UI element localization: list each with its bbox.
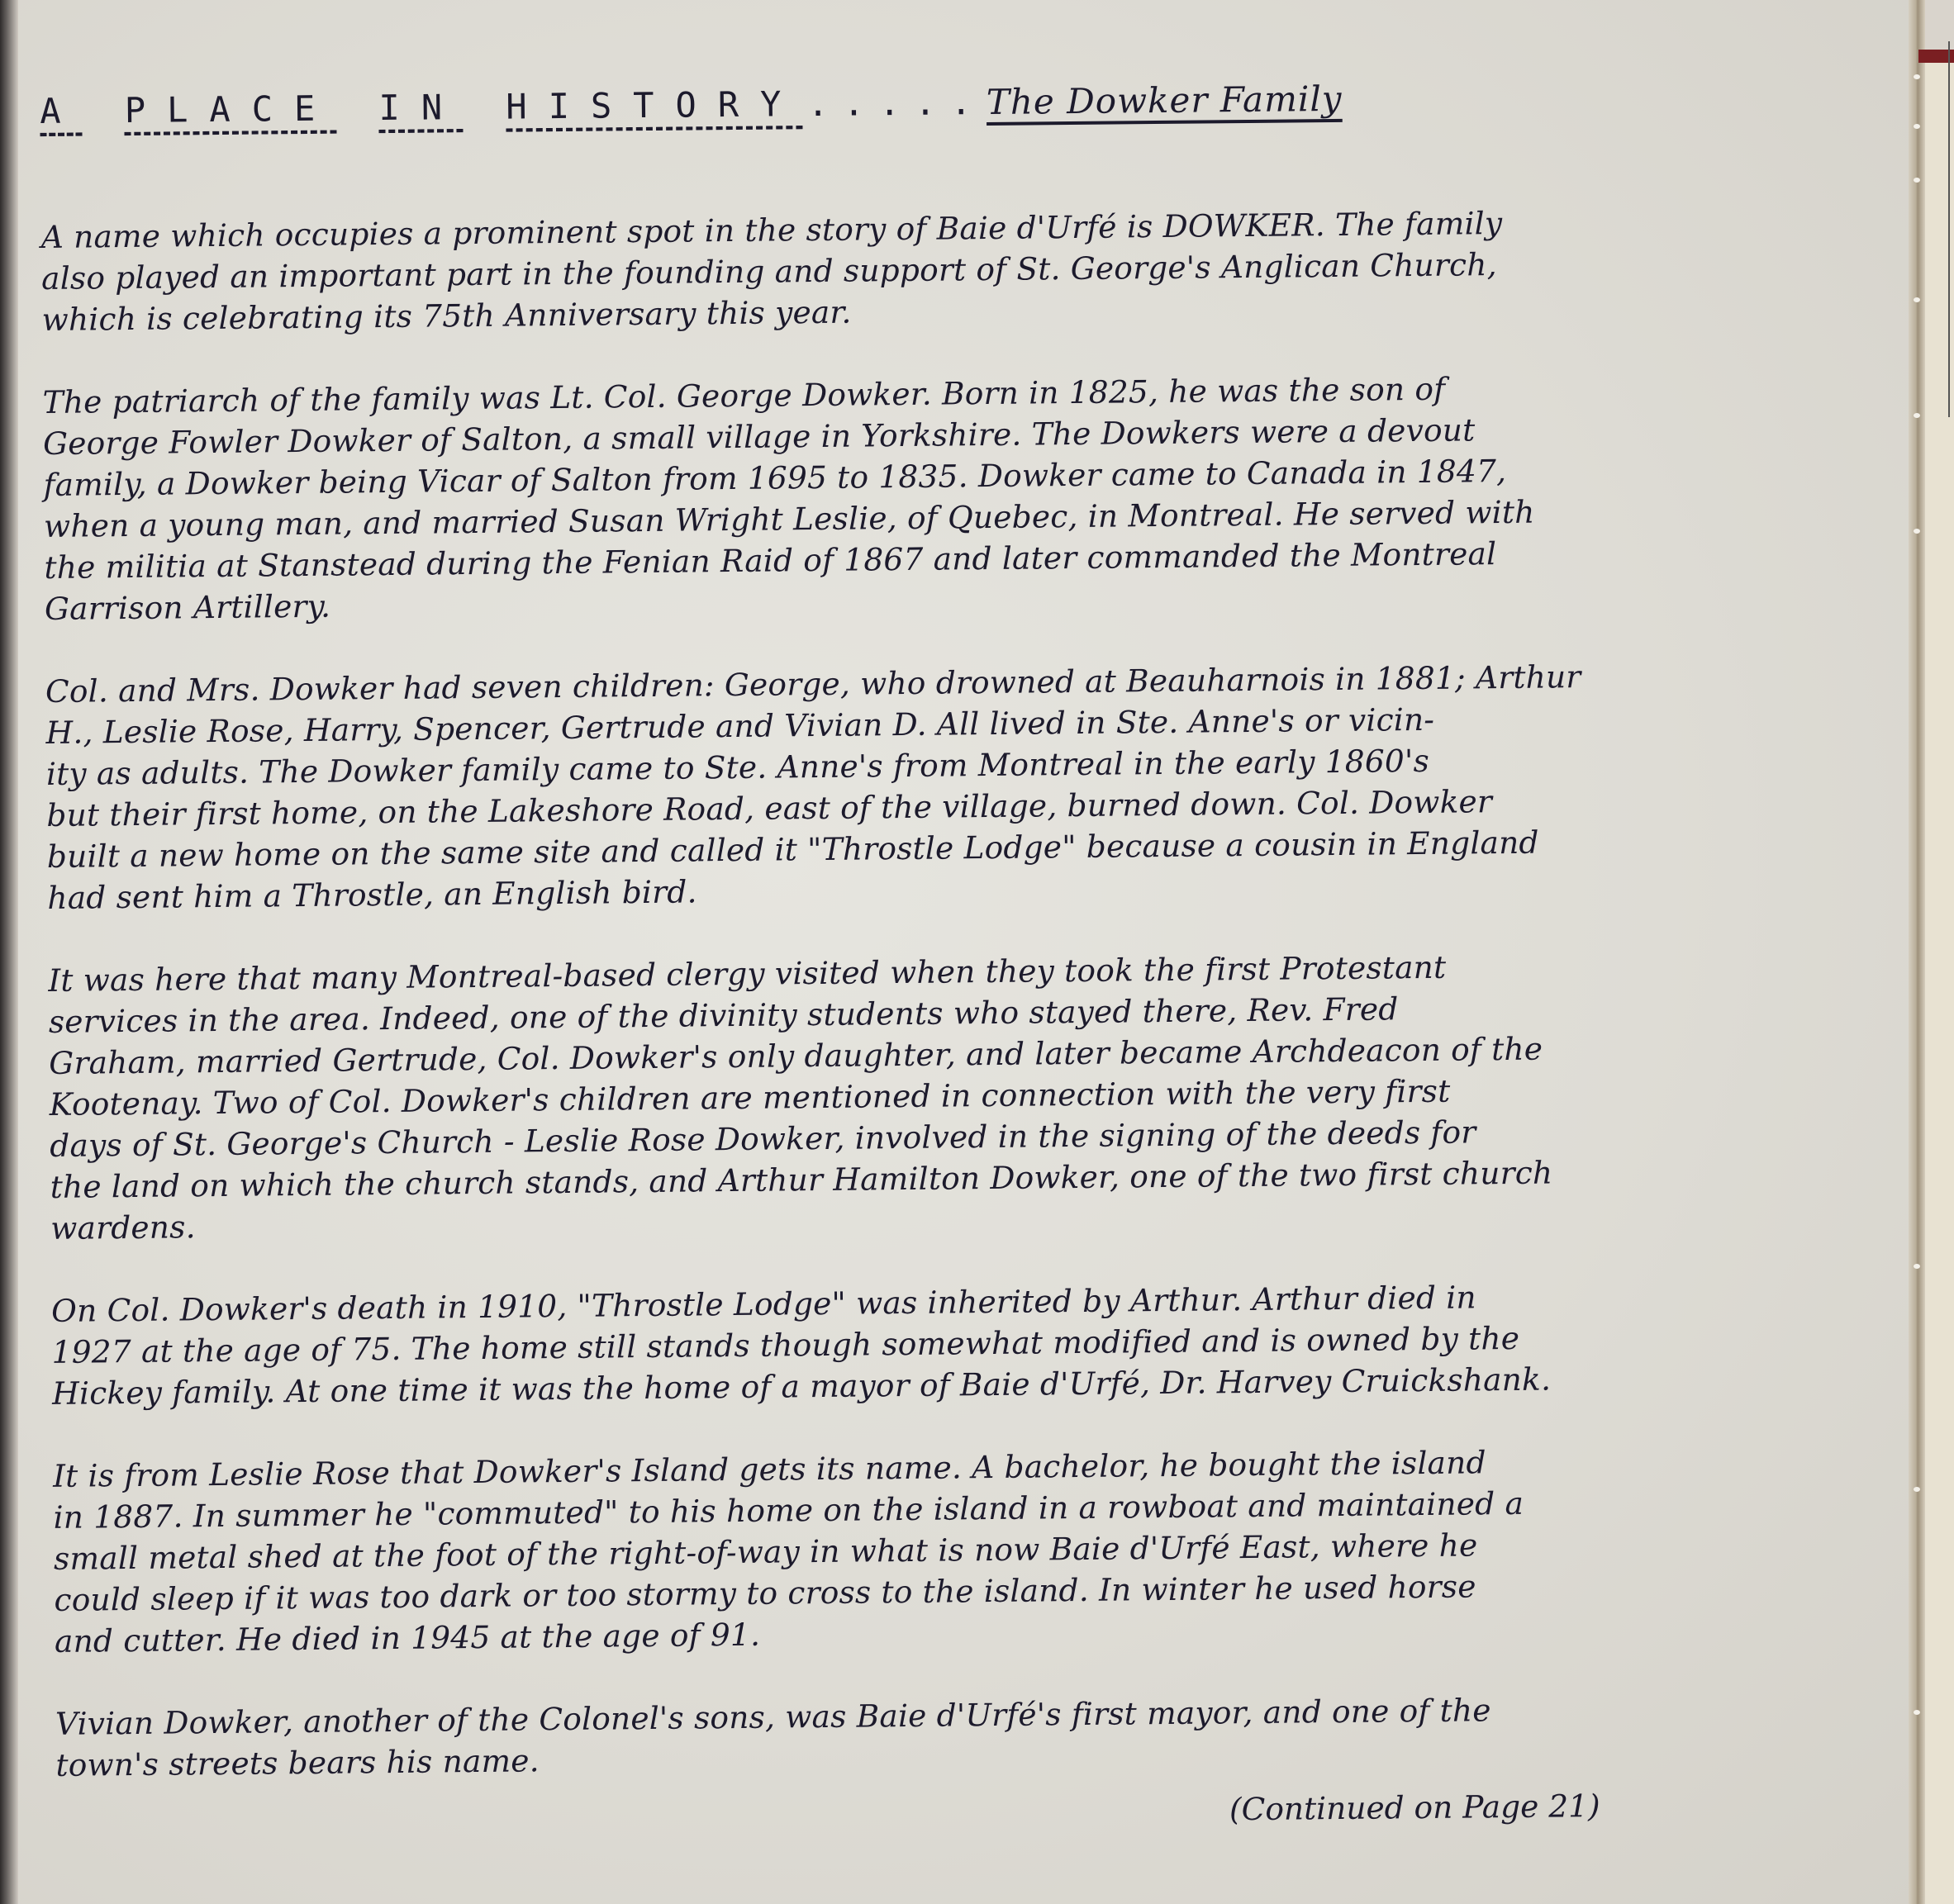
paragraph: Vivian Dowker, another of the Colonel's …	[55, 1685, 1907, 1785]
title-word: A	[40, 91, 83, 131]
binding-stitch	[1914, 124, 1920, 129]
article: A PLACE IN HISTORY ..... The Dowker Fami…	[40, 73, 1907, 1838]
paragraph: The patriarch of the family was Lt. Col.…	[42, 363, 1895, 629]
continued-note: (Continued on Page 21)	[1229, 1784, 1907, 1827]
binding-stitch	[1914, 1487, 1920, 1492]
binding-stitch	[1914, 178, 1920, 183]
title-leader-dots: .....	[807, 82, 987, 124]
paragraph: On Col. Dowker's death in 1910, "Throstl…	[51, 1272, 1903, 1413]
facing-page-text: Mr ne Te th me th be fo Re ar Ur us th t…	[1940, 727, 1954, 1341]
book-edge	[0, 0, 18, 1904]
article-subtitle: The Dowker Family	[987, 78, 1343, 122]
title-word: PLACE	[125, 88, 337, 131]
facing-page-text: C	[1940, 1636, 1954, 1695]
binding-stitch	[1914, 74, 1920, 79]
paragraph: It is from Leslie Rose that Dowker's Isl…	[53, 1437, 1905, 1661]
binding-stitch	[1914, 413, 1920, 418]
facing-page-box	[1948, 41, 1954, 417]
binding-stitch	[1914, 297, 1920, 302]
paragraph: It was here that many Montreal-based cle…	[48, 942, 1901, 1248]
title-word: IN	[378, 87, 464, 128]
binding-stitch	[1914, 1710, 1920, 1715]
paragraph: A name which occupies a prominent spot i…	[40, 198, 1892, 339]
title-main: A PLACE IN HISTORY	[40, 83, 803, 131]
title-word: HISTORY	[506, 83, 802, 126]
paragraph: Col. and Mrs. Dowker had seven children:…	[45, 653, 1899, 918]
book-spread: Mr ne Te th me th be fo Re ar Ur us th t…	[0, 0, 1954, 1904]
book-gutter	[1909, 0, 1925, 1904]
binding-stitch	[1914, 1264, 1920, 1269]
article-body: A name which occupies a prominent spot i…	[40, 198, 1906, 1785]
binding-stitch	[1914, 529, 1920, 534]
